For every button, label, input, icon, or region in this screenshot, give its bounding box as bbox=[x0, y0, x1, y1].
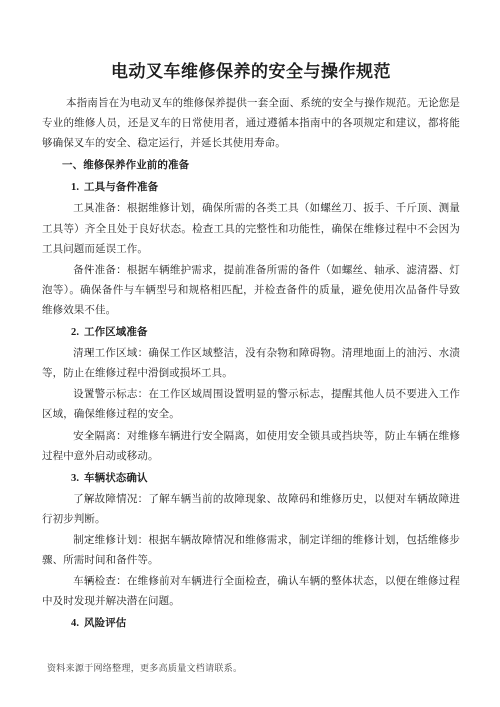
bullet-icon: • bbox=[65, 571, 73, 591]
subsection-title: 车辆状态确认 bbox=[84, 473, 148, 484]
bullet-text: 清理工作区域：确保工作区域整洁，没有杂物和障碍物。清理地面上的油污、水渍等，防止… bbox=[42, 348, 460, 379]
bullet-text: 车辆检查：在维修前对车辆进行全面检查，确认车辆的整体状态，以便在维修过程中及时发… bbox=[42, 576, 460, 607]
bullet-text: 制定维修计划：根据车辆故障情况和维修需求，制定详细的维修计划，包括维修步骤、所需… bbox=[42, 535, 460, 566]
bullet-icon: • bbox=[65, 343, 73, 363]
bullet-text: 安全隔离：对维修车辆进行安全隔离，如使用安全锁具或挡块等，防止车辆在维修过程中意… bbox=[42, 431, 460, 462]
bullet-text: 设置警示标志：在工作区域周围设置明显的警示标志，提醒其他人员不要进入工作区域，确… bbox=[42, 389, 460, 420]
intro-paragraph: 本指南旨在为电动叉车的维修保养提供一套全面、系统的安全与操作规范。无论您是专业的… bbox=[42, 94, 460, 154]
bullet-text: 了解故障情况：了解车辆当前的故障现象、故障码和维修历史，以便对车辆故障进行初步判… bbox=[42, 494, 460, 525]
subsection-heading-4: 4.风险评估 bbox=[42, 614, 460, 634]
document-page: 电动叉车维修保养的安全与操作规范 本指南旨在为电动叉车的维修保养提供一套全面、系… bbox=[0, 0, 500, 707]
bullet-item: •安全隔离：对维修车辆进行安全隔离，如使用安全锁具或挡块等，防止车辆在维修过程中… bbox=[42, 426, 460, 467]
subsection-number: 4. bbox=[71, 614, 84, 634]
subsection-title: 工具与备件准备 bbox=[84, 182, 158, 193]
bullet-icon: • bbox=[65, 260, 73, 280]
bullet-text: 工具准备：根据维修计划，确保所需的各类工具（如螺丝刀、扳手、千斤顶、测量工具等）… bbox=[42, 203, 460, 254]
subsection-title: 风险评估 bbox=[84, 618, 126, 629]
subsection-heading-2: 2.工作区域准备 bbox=[42, 323, 460, 343]
footer-note: 资料来源于网络整理，更多高质量文档请联系。 bbox=[47, 662, 460, 674]
bullet-icon: • bbox=[65, 198, 73, 218]
bullet-item: •备件准备：根据车辆维护需求，提前准备所需的备件（如螺丝、轴承、滤清器、灯泡等）… bbox=[42, 260, 460, 321]
bullet-icon: • bbox=[65, 530, 73, 550]
bullet-text: 备件准备：根据车辆维护需求，提前准备所需的备件（如螺丝、轴承、滤清器、灯泡等）。… bbox=[42, 265, 460, 316]
subsection-number: 3. bbox=[71, 469, 84, 489]
bullet-item: •设置警示标志：在工作区域周围设置明显的警示标志，提醒其他人员不要进入工作区域，… bbox=[42, 384, 460, 425]
bullet-icon: • bbox=[65, 384, 73, 404]
subsection-heading-1: 1.工具与备件准备 bbox=[42, 178, 460, 198]
section-heading-1: 一、维修保养作业前的准备 bbox=[42, 156, 460, 176]
page-title: 电动叉车维修保养的安全与操作规范 bbox=[42, 58, 460, 86]
bullet-item: •了解故障情况：了解车辆当前的故障现象、故障码和维修历史，以便对车辆故障进行初步… bbox=[42, 489, 460, 530]
bullet-item: •清理工作区域：确保工作区域整洁，没有杂物和障碍物。清理地面上的油污、水渍等，防… bbox=[42, 343, 460, 384]
bullet-item: •工具准备：根据维修计划，确保所需的各类工具（如螺丝刀、扳手、千斤顶、测量工具等… bbox=[42, 198, 460, 259]
bullet-item: •车辆检查：在维修前对车辆进行全面检查，确认车辆的整体状态，以便在维修过程中及时… bbox=[42, 571, 460, 612]
subsection-heading-3: 3.车辆状态确认 bbox=[42, 469, 460, 489]
bullet-item: •制定维修计划：根据车辆故障情况和维修需求，制定详细的维修计划，包括维修步骤、所… bbox=[42, 530, 460, 571]
bullet-icon: • bbox=[65, 426, 73, 446]
subsection-title: 工作区域准备 bbox=[84, 327, 148, 338]
subsection-number: 1. bbox=[71, 178, 84, 198]
bullet-icon: • bbox=[65, 489, 73, 509]
subsection-number: 2. bbox=[71, 323, 84, 343]
